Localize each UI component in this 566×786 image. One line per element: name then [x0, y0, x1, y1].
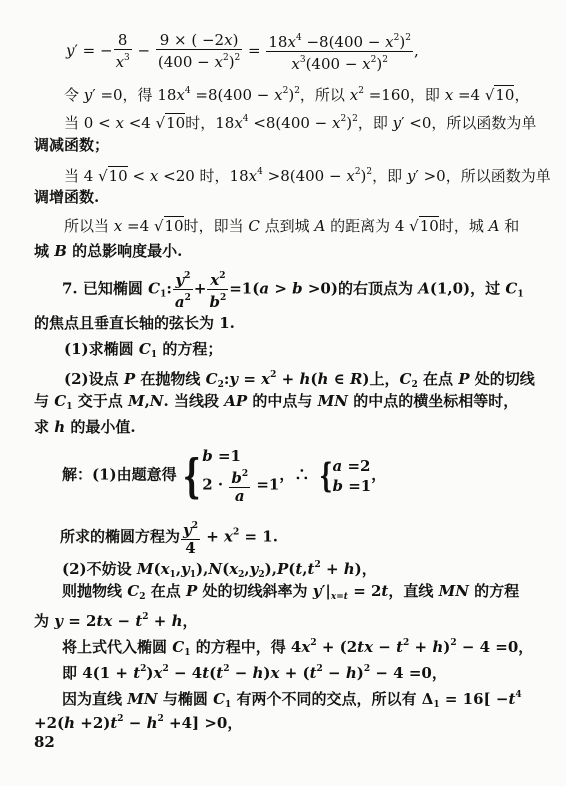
text-line: 的焦点且垂直长轴的弦长为 1. [34, 314, 235, 332]
text-line: 当 4 √10 < x <20 时，18x4 >8(400 − x2)2，即 y… [64, 163, 551, 185]
text-line: +2(h +2)t2 − h2 +4] >0， [34, 710, 242, 732]
page-number: 82 [34, 733, 55, 751]
question-part-2: (2)设点 P 在抛物线 C2:y = x2 + h(h ∈ R)上，C2 在点… [64, 366, 535, 394]
ellipse-equation-result: 所求的椭圆方程为y24 + x2 = 1. [60, 518, 278, 557]
problem-7-statement: 7. 已知椭圆 C1:y2a2+x2b2=1(a > b >0)的右顶点为 A(… [62, 268, 524, 311]
text-line: 城 B 的总影响度最小. [34, 242, 182, 260]
text-line: 即 4(1 + t2)x2 − 4t(t2 − h)x + (t2 − h)2 … [62, 660, 447, 682]
text-line: 求 h 的最小值. [34, 418, 136, 436]
text-line: 与 C1 交于点 M,N. 当线段 AP 的中点与 MN 的中点的横坐标相等时， [34, 392, 518, 416]
text-line: 调减函数； [34, 136, 109, 154]
text-line: 当 0 < x <4 √10时，18x4 <8(400 − x2)2，即 y′ … [64, 110, 536, 132]
text-line: 令 y′ =0，得 18x4 =8(400 − x2)2，所以 x2 =160，… [64, 82, 530, 104]
solution-part-2: (2)不妨设 M(x1,y1),N(x2,y2),P(t,t2 + h)， [62, 556, 377, 584]
text-line: 将上式代入椭圆 C1 的方程中，得 4x2 + (2tx − t2 + h)2 … [62, 634, 533, 662]
solution-part-1: 解：(1)由题意得{b =12 · b2a =1，∴ {a =2b =1， [62, 446, 386, 505]
text-line: 则抛物线 C2 在点 P 处的切线斜率为 y′|x=t = 2t，直线 MN 的… [62, 582, 519, 606]
text-line: 为 y = 2tx − t2 + h， [34, 608, 198, 630]
text-line: 所以当 x =4 √10时，即当 C 点到城 A 的距离为 4 √10时，城 A… [64, 217, 519, 235]
question-part-1: (1)求椭圆 C1 的方程； [64, 340, 222, 364]
text-line: 调增函数. [34, 188, 99, 206]
equation-derivative: y′ = −8x3 − 9 × ( −2x)(400 − x2)2 = 18x4… [66, 30, 419, 73]
